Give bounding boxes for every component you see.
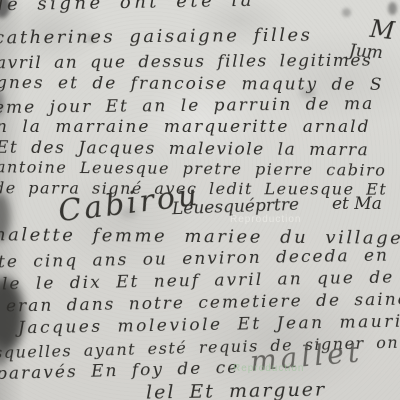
manuscript-line: avril an que dessus filles legitimes [0,51,372,74]
signature-et-ma: et Ma [332,194,382,214]
manuscript-page: de signé ont été la catherines gaisaigne… [0,0,400,400]
manuscript-line: antoine Leuesque pretre pierre cabiro [0,157,386,179]
ink-mark-top-right [342,8,351,17]
manuscript-line: lel Et marguer [146,378,326,400]
manuscript-line: gnes et de francoise maquty de S [0,73,384,95]
manuscript-line: catherines gaisaigne filles [0,25,312,49]
margin-note-m: M [369,15,396,45]
ink-mark-top-right-corner [388,2,397,15]
manuscript-line: n la marraine marqueritte arnald [0,117,370,137]
watermark-reproduction-middle: Reproduction [230,214,301,225]
watermark-reproduction-bottom: Reproduction [233,363,304,374]
margin-note-jum: Jum [348,41,383,63]
manuscript-line: nalette femme mariee du village [0,224,400,249]
manuscript-line: de signé ont été la [0,0,255,15]
manuscript-line: eme jour Et an le parruin de ma [0,94,374,118]
